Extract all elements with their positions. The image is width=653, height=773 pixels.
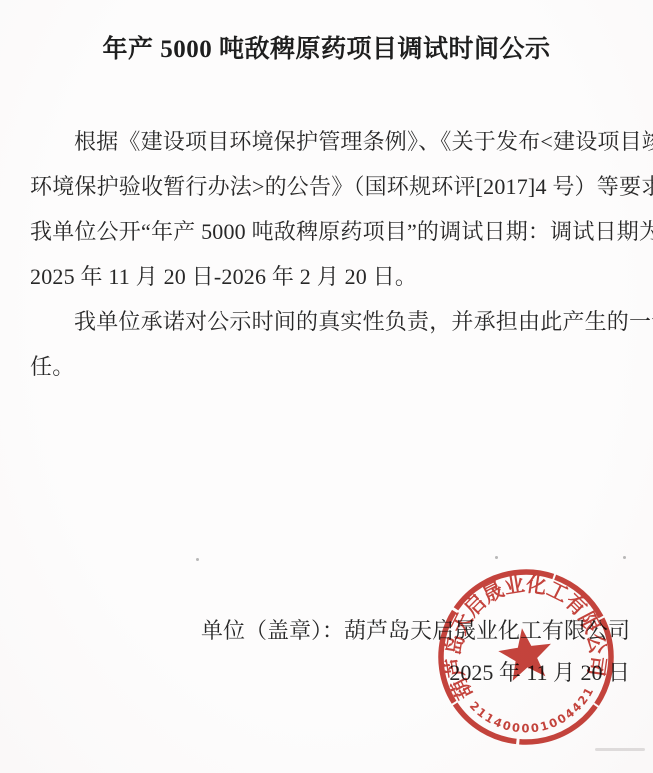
company-seal-stamp: 葫芦岛天启晟业化工有限公司 211400001004421 bbox=[434, 565, 618, 749]
seal-star-icon bbox=[496, 625, 556, 683]
scan-speck bbox=[495, 556, 498, 559]
document-body: 根据《建设项目环境保护管理条例》、《关于发布<建设项目竣工 环境保护验收暂行办法… bbox=[30, 119, 631, 389]
body-line: 任。 bbox=[30, 344, 631, 389]
body-line: 根据《建设项目环境保护管理条例》、《关于发布<建设项目竣工 bbox=[30, 119, 631, 164]
scan-speck bbox=[196, 558, 199, 561]
body-line: 我单位承诺对公示时间的真实性负责，并承担由此产生的一切责 bbox=[30, 299, 631, 344]
body-line: 环境保护验收暂行办法>的公告》（国环规环评[2017]4 号）等要求， bbox=[30, 164, 631, 209]
document-page: 年产 5000 吨敌稗原药项目调试时间公示 根据《建设项目环境保护管理条例》、《… bbox=[0, 0, 653, 773]
body-line: 2025 年 11 月 20 日-2026 年 2 月 20 日。 bbox=[30, 254, 631, 299]
scan-speck bbox=[623, 556, 626, 559]
body-line: 我单位公开“年产 5000 吨敌稗原药项目”的调试日期：调试日期为 bbox=[30, 209, 631, 254]
page-title: 年产 5000 吨敌稗原药项目调试时间公示 bbox=[0, 29, 653, 65]
seal-graphic: 葫芦岛天启晟业化工有限公司 211400001004421 bbox=[434, 565, 618, 749]
scan-artifact-dash bbox=[595, 748, 645, 751]
